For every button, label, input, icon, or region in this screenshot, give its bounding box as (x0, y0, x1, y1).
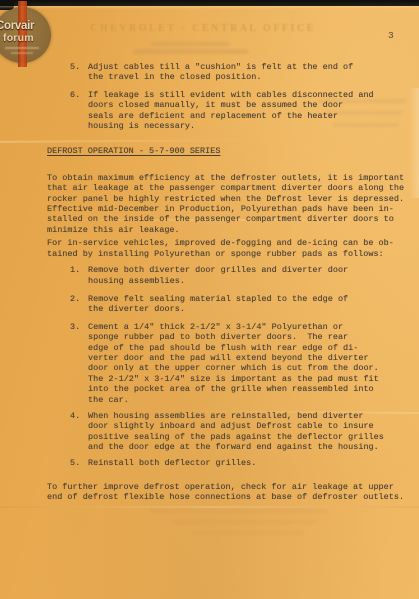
item-text: Cement a 1/4" thick 2-1/2" x 3-1/4" Poly… (88, 322, 419, 405)
item-text: Remove felt sealing material stapled to … (88, 294, 419, 315)
item-text: Adjust cables till a "cushion" is felt a… (88, 62, 419, 83)
item-text: Reinstall both deflector grilles. (88, 458, 419, 468)
item-text: If leakage is still evident with cables … (88, 90, 419, 132)
bleed-through-smudge (150, 509, 328, 513)
item-number: 3. (70, 322, 88, 405)
item-text: Remove both diverter door grilles and di… (88, 265, 419, 286)
paper-crease (0, 506, 419, 508)
bleed-through-smudge (172, 520, 318, 524)
item-number: 6. (70, 90, 88, 132)
list-item: 2. Remove felt sealing material stapled … (0, 294, 419, 315)
list-item: 5. Reinstall both deflector grilles. (0, 458, 419, 468)
section-heading-row: DEFROST OPERATION - 5-7-900 SERIES (0, 146, 419, 156)
paragraph: To obtain maximum efficiency at the defr… (0, 173, 419, 235)
item-number: 2. (70, 294, 88, 315)
item-number: 1. (70, 265, 88, 286)
section-heading: DEFROST OPERATION - 5-7-900 SERIES (47, 146, 220, 156)
bleed-through-smudge (192, 531, 304, 535)
typed-content: 5. Adjust cables till a "cushion" is fel… (0, 0, 419, 503)
paragraph: For in-service vehicles, improved de-fog… (0, 238, 419, 259)
item-number: 4. (70, 411, 88, 453)
list-item: 5. Adjust cables till a "cushion" is fel… (0, 62, 419, 83)
list-item: 6. If leakage is still evident with cabl… (0, 90, 419, 132)
closing-paragraph: To further improve defrost operation, ch… (0, 482, 419, 503)
list-item: 4. When housing assemblies are reinstall… (0, 411, 419, 453)
list-item: 3. Cement a 1/4" thick 2-1/2" x 3-1/4" P… (0, 322, 419, 405)
document-page: CHEVROLET - CENTRAL OFFICE Corvair forum… (0, 0, 419, 599)
item-text: When housing assemblies are reinstalled,… (88, 411, 419, 453)
list-item: 1. Remove both diverter door grilles and… (0, 265, 419, 286)
item-number: 5. (70, 458, 88, 468)
item-number: 5. (70, 62, 88, 83)
